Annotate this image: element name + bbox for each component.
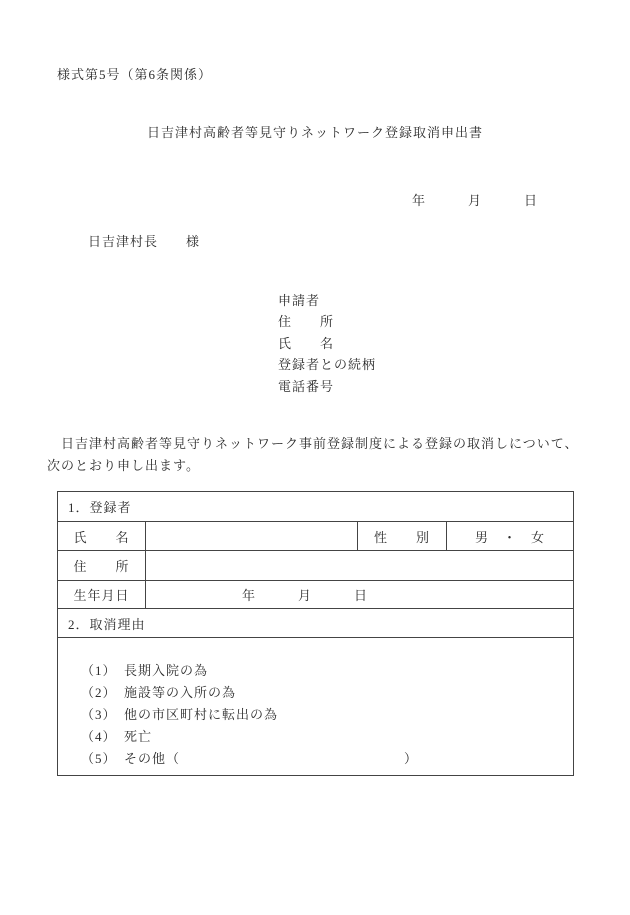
applicant-block: 申請者 住 所 氏 名 登録者との続柄 電話番号: [278, 290, 376, 397]
reason-item-2: （2） 施設等の入所の為: [81, 682, 563, 704]
body-paragraph: 日吉津村高齢者等見守りネットワーク事前登録制度による登録の取消しについて、 次の…: [47, 433, 592, 477]
table-row-birthdate: 生年月日 年 月 日: [58, 581, 574, 609]
form-number: 様式第5号（第6条関係）: [57, 64, 212, 83]
applicant-field-phone: 電話番号: [278, 376, 376, 397]
sex-label: 性 別: [358, 522, 447, 551]
applicant-field-address: 住 所: [278, 311, 376, 332]
reason-item-4: （4） 死亡: [81, 726, 563, 748]
table-row-section2: 2．取消理由: [58, 609, 574, 638]
section1-title: 1．登録者: [58, 492, 574, 522]
reason-item-3: （3） 他の市区町村に転出の為: [81, 704, 563, 726]
name-field: [146, 522, 358, 551]
section2-title: 2．取消理由: [58, 609, 574, 638]
body-line-2: 次のとおり申し出ます。: [47, 455, 592, 477]
applicant-field-relation: 登録者との続柄: [278, 354, 376, 375]
cancellation-reasons: （1） 長期入院の為 （2） 施設等の入所の為 （3） 他の市区町村に転出の為 …: [58, 638, 574, 776]
reason-item-5: （5） その他（ ）: [81, 748, 563, 770]
reason-item-1: （1） 長期入院の為: [81, 660, 563, 682]
address-label: 住 所: [58, 551, 146, 581]
table-row-address: 住 所: [58, 551, 574, 581]
addressee: 日吉津村長 様: [88, 231, 200, 250]
address-field: [146, 551, 574, 581]
document-title: 日吉津村高齢者等見守りネットワーク登録取消申出書: [0, 122, 630, 141]
document-page: 様式第5号（第6条関係） 日吉津村高齢者等見守りネットワーク登録取消申出書 年 …: [0, 0, 630, 915]
registrant-table: 1．登録者 氏 名 性 別 男 ・ 女 住 所 生年月日 年 月 日 2．取消理…: [57, 491, 574, 776]
table-row-section1: 1．登録者: [58, 492, 574, 522]
body-line-1: 日吉津村高齢者等見守りネットワーク事前登録制度による登録の取消しについて、: [47, 433, 592, 455]
applicant-field-name: 氏 名: [278, 333, 376, 354]
applicant-heading: 申請者: [278, 290, 376, 311]
table-row-name: 氏 名 性 別 男 ・ 女: [58, 522, 574, 551]
name-label: 氏 名: [58, 522, 146, 551]
table-row-reasons: （1） 長期入院の為 （2） 施設等の入所の為 （3） 他の市区町村に転出の為 …: [58, 638, 574, 776]
birthdate-field: 年 月 日: [146, 581, 574, 609]
date-line: 年 月 日: [412, 190, 538, 209]
sex-options: 男 ・ 女: [447, 522, 574, 551]
birthdate-label: 生年月日: [58, 581, 146, 609]
